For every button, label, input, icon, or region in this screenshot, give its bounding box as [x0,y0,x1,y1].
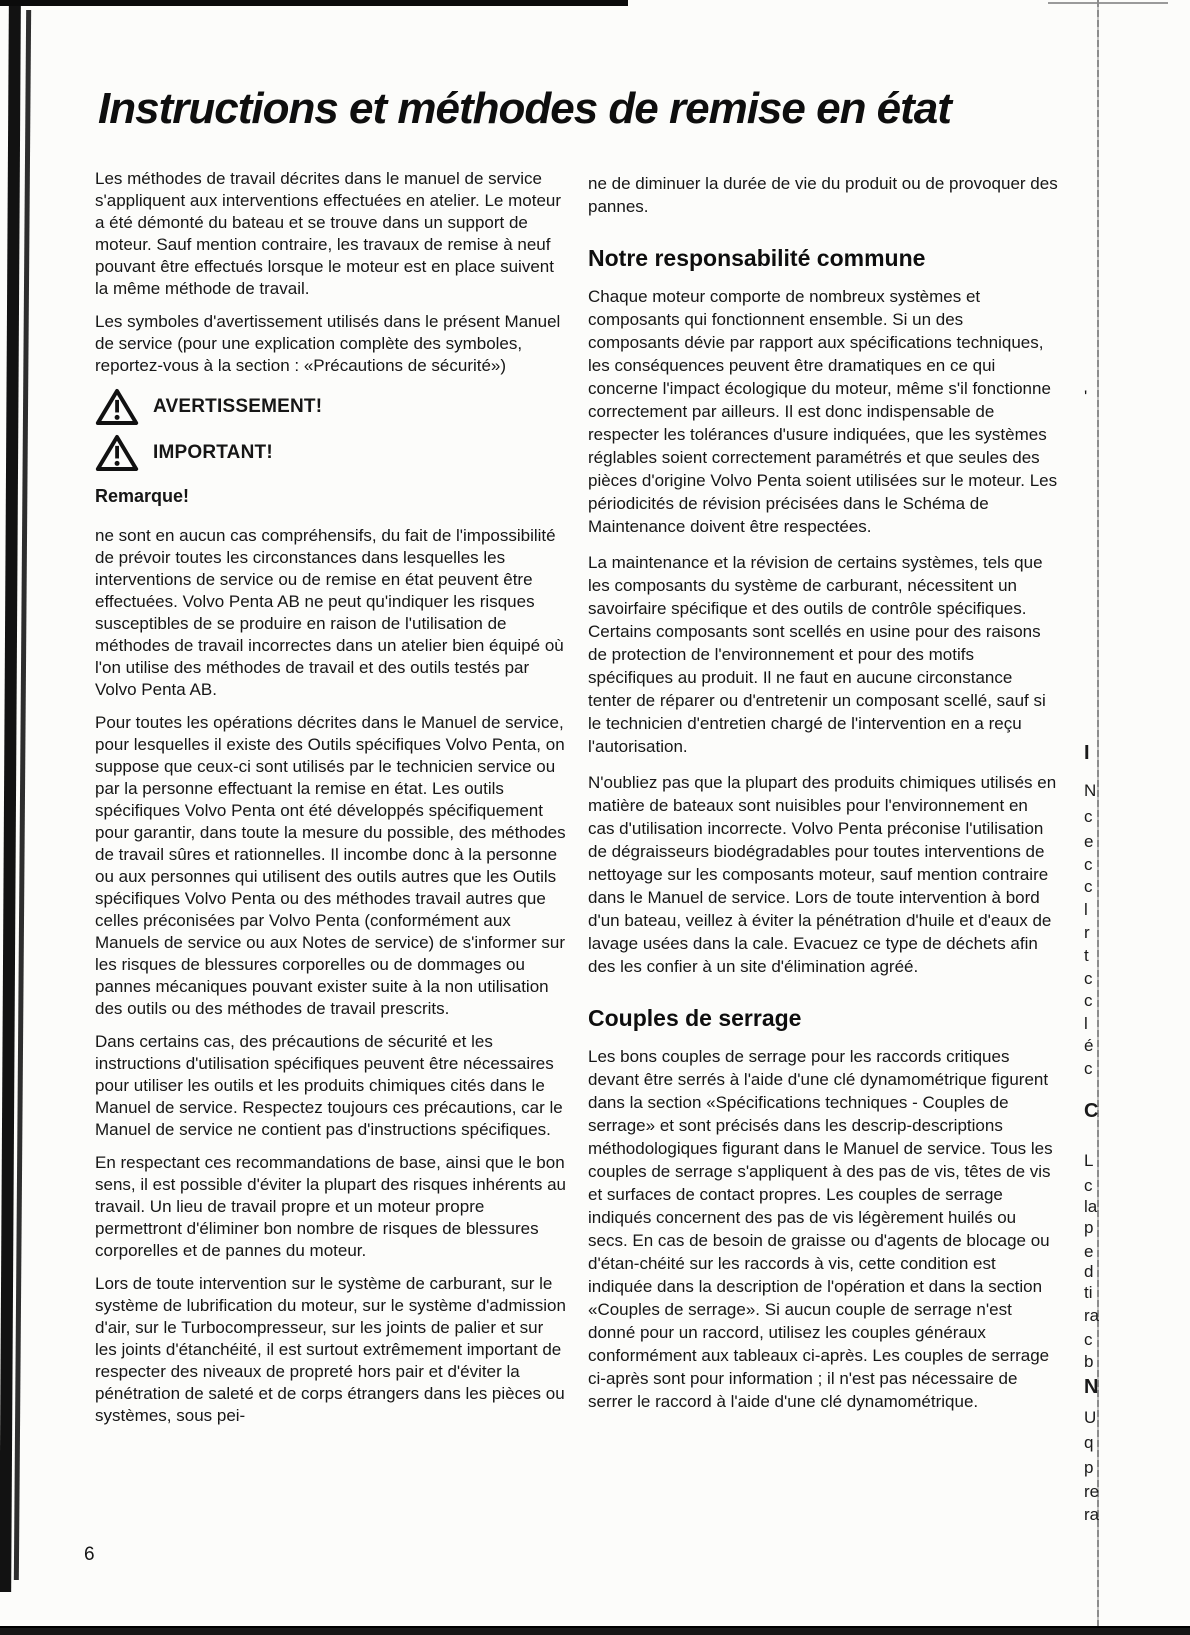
edge-text-fragment: ' [1084,386,1099,408]
edge-text-fragment: c [1084,854,1099,876]
edge-text-fragment: ra [1084,1504,1099,1526]
edge-text-fragment: re [1084,1481,1099,1503]
scan-edge-top-bar [0,0,628,6]
edge-text-fragment: c [1084,1058,1099,1080]
warning-triangle-icon [95,388,139,426]
left-column: Les méthodes de travail décrites dans le… [95,168,569,1438]
edge-text-fragment: c [1084,1175,1099,1197]
paragraph: Les méthodes de travail décrites dans le… [95,168,569,300]
edge-text-fragment: p [1084,1457,1099,1479]
edge-text-fragment: l [1084,899,1099,921]
edge-text-fragment: é [1084,1035,1099,1057]
edge-text-fragment: q [1084,1432,1099,1454]
page-title: Instructions et méthodes de remise en ét… [98,84,951,134]
paragraph: Chaque moteur comporte de nombreux systè… [588,285,1058,538]
note-heading: Remarque! [95,486,569,507]
scan-edge-top-dash [1048,2,1168,4]
edge-text-fragment: c [1084,806,1099,828]
edge-text-fragment: t [1084,945,1099,967]
scan-edge-bottom-bar [0,1626,1190,1635]
edge-text-fragment: N [1084,1376,1099,1398]
page-number: 6 [84,1544,95,1566]
paragraph: Dans certains cas, des précautions de sé… [95,1031,569,1141]
warning-label: AVERTISSEMENT! [153,396,322,418]
edge-text-fragment: I [1084,742,1099,764]
warning-avertissement: AVERTISSEMENT! [95,388,569,426]
paragraph: ne sont en aucun cas compréhensifs, du f… [95,525,569,701]
section-heading-couples: Couples de serrage [588,1004,1058,1032]
edge-text-fragment: p [1084,1217,1099,1239]
section-heading-responsabilite: Notre responsabilité commune [588,244,1058,272]
edge-text-fragment: L [1084,1150,1099,1172]
paragraph: N'oubliez pas que la plupart des produit… [588,771,1058,978]
scanned-manual-page: Instructions et méthodes de remise en ét… [0,0,1190,1635]
paragraph: Les symboles d'avertissement utilisés da… [95,311,569,377]
edge-text-fragment: N [1084,780,1099,802]
paragraph: ne de diminuer la durée de vie du produi… [588,172,1058,218]
edge-text-fragment: ra [1084,1305,1099,1327]
edge-text-fragment: c [1084,1329,1099,1351]
edge-text-fragment: c [1084,876,1099,898]
edge-text-fragment: c [1084,968,1099,990]
edge-text-fragment: e [1084,1241,1099,1263]
warning-label: IMPORTANT! [153,442,273,464]
paragraph: Pour toutes les opérations décrites dans… [95,712,569,1020]
warning-triangle-icon [95,434,139,472]
edge-text-fragment: d [1084,1261,1099,1283]
edge-text-fragment: C [1084,1100,1099,1122]
warning-important: IMPORTANT! [95,434,569,472]
edge-text-fragment: r [1084,922,1099,944]
paragraph: En respectant ces recommandations de bas… [95,1152,569,1262]
edge-text-fragment: la [1084,1196,1099,1218]
edge-text-fragment: U [1084,1407,1099,1429]
edge-text-fragment: ti [1084,1282,1099,1304]
right-column: ne de diminuer la durée de vie du produi… [588,172,1058,1426]
edge-text-fragment: b [1084,1351,1099,1373]
edge-text-fragment: c [1084,990,1099,1012]
paragraph: Lors de toute intervention sur le systèm… [95,1273,569,1427]
paragraph: La maintenance et la révision de certain… [588,551,1058,758]
edge-text-fragment: l [1084,1013,1099,1035]
edge-text-fragment: e [1084,831,1099,853]
paragraph: Les bons couples de serrage pour les rac… [588,1045,1058,1413]
